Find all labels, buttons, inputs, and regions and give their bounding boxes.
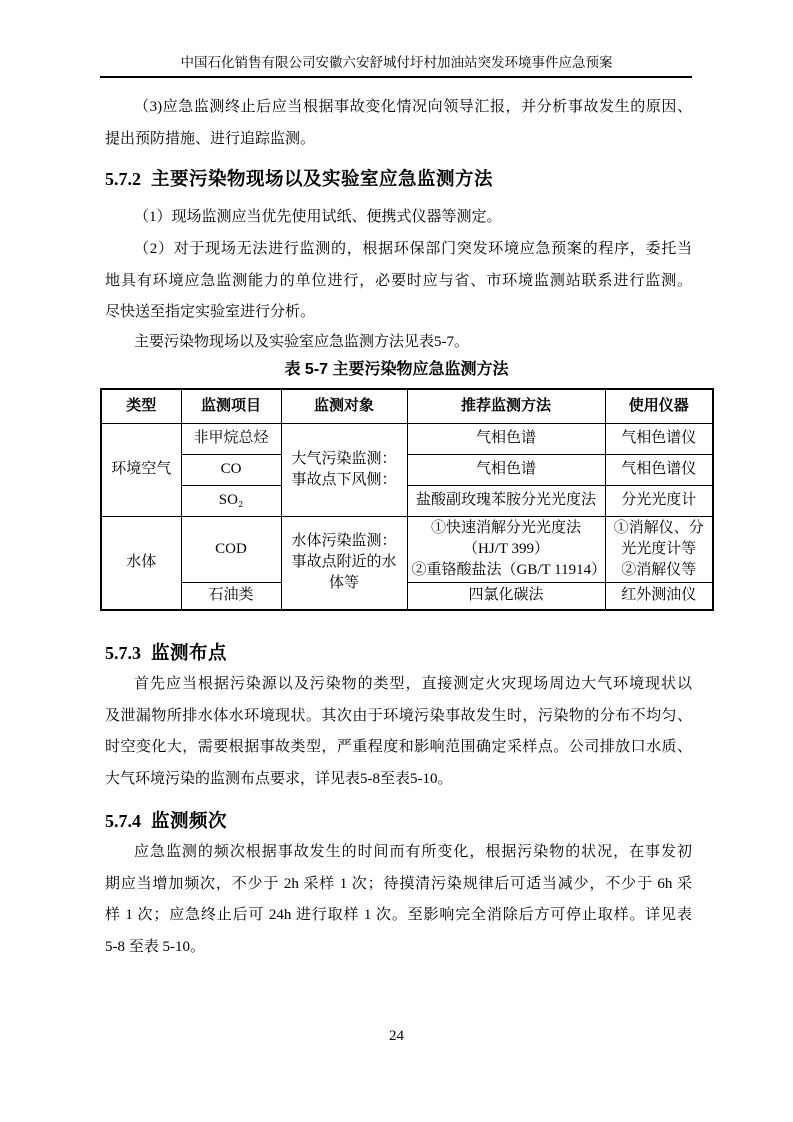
table-caption: 表 5-7 主要污染物应急监测方法	[0, 359, 793, 381]
instrument-entry: ②消解仪等	[610, 560, 709, 581]
section-heading-5-7-2: 5.7.2主要污染物现场以及实验室应急监测方法	[105, 167, 705, 192]
table-header-cell: 使用仪器	[605, 389, 713, 423]
cell-item: 非甲烷总烃	[181, 423, 281, 454]
cell-instrument: 红外测油仪	[605, 582, 713, 610]
paragraph-line: 地具有环境应急监测能力的单位进行，必要时应与省、市环境监测站联系进行监测。	[105, 266, 692, 298]
cell-item: 石油类	[181, 582, 281, 610]
cell-method: 气相色谱	[407, 423, 605, 454]
cell-instrument: 气相色谱仪	[605, 454, 713, 485]
method-entry: ②重铬酸盐法（GB/T 11914）	[412, 560, 601, 581]
table-header-row: 类型 监测项目 监测对象 推荐监测方法 使用仪器	[101, 389, 713, 423]
cell-type-water: 水体	[101, 516, 181, 610]
paragraph-monitoring-points: 首先应当根据污染源以及污染物的类型，直接测定火灾现场周边大气环境现状以 及泄漏物…	[105, 669, 692, 795]
paragraph-line: 样 1 次；应急终止后可 24h 进行取样 1 次。至影响完全消除后方可停止取样…	[105, 900, 692, 932]
cell-method: 气相色谱	[407, 454, 605, 485]
section-number: 5.7.2	[105, 169, 141, 189]
paragraph-line: （1）现场监测应当优先使用试纸、便携式仪器等测定。	[105, 202, 692, 234]
table-row-water-oil: 石油类 四氯化碳法 红外测油仪	[101, 582, 713, 610]
table-row-air-nmhc: 环境空气 非甲烷总烃 大气污染监测：事故点下风侧： 气相色谱 气相色谱仪	[101, 423, 713, 454]
cell-monitoring-target-air: 大气污染监测：事故点下风侧：	[281, 423, 407, 516]
paragraph-line: 尽快送至指定实验室进行分析。	[105, 297, 692, 329]
table-header-cell: 监测对象	[281, 389, 407, 423]
cell-method: 盐酸副玫瑰苯胺分光光度法	[407, 485, 605, 516]
section-title: 监测布点	[151, 642, 227, 663]
cell-method: 四氯化碳法	[407, 582, 605, 610]
paragraph-line: 大气环境污染的监测布点要求，详见表5-8至表5-10。	[105, 764, 692, 796]
instrument-entry: ①消解仪、分光光度计等	[610, 518, 709, 560]
table-header-cell: 推荐监测方法	[407, 389, 605, 423]
page-number: 24	[0, 1028, 793, 1045]
paragraph-onsite-monitoring: （1）现场监测应当优先使用试纸、便携式仪器等测定。	[105, 202, 692, 234]
paragraph-line: 5-8 至表 5-10。	[105, 932, 692, 964]
paragraph-line: 期应当增加频次，不少于 2h 采样 1 次；待摸清污染规律后可适当减少，不少于 …	[105, 869, 692, 901]
cell-monitoring-target-water: 水体污染监测：事故点附近的水体等	[281, 516, 407, 610]
paragraph-monitoring-termination: （3)应急监测终止后应当根据事故变化情况向领导汇报，并分析事故发生的原因、 提出…	[105, 92, 692, 155]
cell-methods: ①快速消解分光光度法（HJ/T 399） ②重铬酸盐法（GB/T 11914）	[407, 516, 605, 582]
section-heading-5-7-4: 5.7.4监测频次	[105, 809, 705, 834]
section-title: 主要污染物现场以及实验室应急监测方法	[151, 168, 493, 189]
section-heading-5-7-3: 5.7.3监测布点	[105, 641, 705, 666]
paragraph-line: 提出预防措施、进行追踪监测。	[105, 124, 692, 156]
paragraph-table-lead-in: 主要污染物现场以及实验室应急监测方法见表5-7。	[105, 327, 692, 359]
page-header-title: 中国石化销售有限公司安徽六安舒城付圩村加油站突发环境事件应急预案	[0, 54, 793, 71]
paragraph-monitoring-frequency: 应急监测的频次根据事故发生的时间而有所变化，根据污染物的状况，在事发初 期应当增…	[105, 837, 692, 963]
table-header-cell: 类型	[101, 389, 181, 423]
cell-instrument: 气相色谱仪	[605, 423, 713, 454]
paragraph-line: 及泄漏物所排水体水环境现状。其次由于环境污染事故发生时，污染物的分布不均匀、	[105, 701, 692, 733]
paragraph-line: 应急监测的频次根据事故发生的时间而有所变化，根据污染物的状况，在事发初	[105, 837, 692, 869]
paragraph-line: （3)应急监测终止后应当根据事故变化情况向领导汇报，并分析事故发生的原因、	[105, 92, 692, 124]
table-row-air-so2: SO₂ 盐酸副玫瑰苯胺分光光度法 分光光度计	[101, 485, 713, 516]
cell-instrument: 分光光度计	[605, 485, 713, 516]
paragraph-line: 首先应当根据污染源以及污染物的类型，直接测定火灾现场周边大气环境现状以	[105, 669, 692, 701]
document-page: 中国石化销售有限公司安徽六安舒城付圩村加油站突发环境事件应急预案 （3)应急监测…	[0, 0, 793, 1122]
method-entry: ①快速消解分光光度法（HJ/T 399）	[412, 518, 601, 560]
cell-item: CO	[181, 454, 281, 485]
table-row-water-cod: 水体 COD 水体污染监测：事故点附近的水体等 ①快速消解分光光度法（HJ/T …	[101, 516, 713, 582]
paragraph-line: （2）对于现场无法进行监测的，根据环保部门突发环境应急预案的程序，委托当	[105, 234, 692, 266]
table-row-air-co: CO 气相色谱 气相色谱仪	[101, 454, 713, 485]
paragraph-line: 主要污染物现场以及实验室应急监测方法见表5-7。	[105, 327, 692, 359]
table-header-cell: 监测项目	[181, 389, 281, 423]
header-divider	[100, 76, 692, 78]
cell-item: SO₂	[181, 485, 281, 516]
cell-item: COD	[181, 516, 281, 582]
cell-type-air: 环境空气	[101, 423, 181, 516]
section-number: 5.7.3	[105, 643, 141, 663]
paragraph-entrusted-monitoring: （2）对于现场无法进行监测的，根据环保部门突发环境应急预案的程序，委托当 地具有…	[105, 234, 692, 329]
monitoring-methods-table: 类型 监测项目 监测对象 推荐监测方法 使用仪器 环境空气 非甲烷总烃 大气污染…	[100, 388, 714, 611]
section-title: 监测频次	[151, 810, 227, 831]
paragraph-line: 时空变化大，需要根据事故类型，严重程度和影响范围确定采样点。公司排放口水质、	[105, 732, 692, 764]
section-number: 5.7.4	[105, 811, 141, 831]
cell-instruments: ①消解仪、分光光度计等 ②消解仪等	[605, 516, 713, 582]
